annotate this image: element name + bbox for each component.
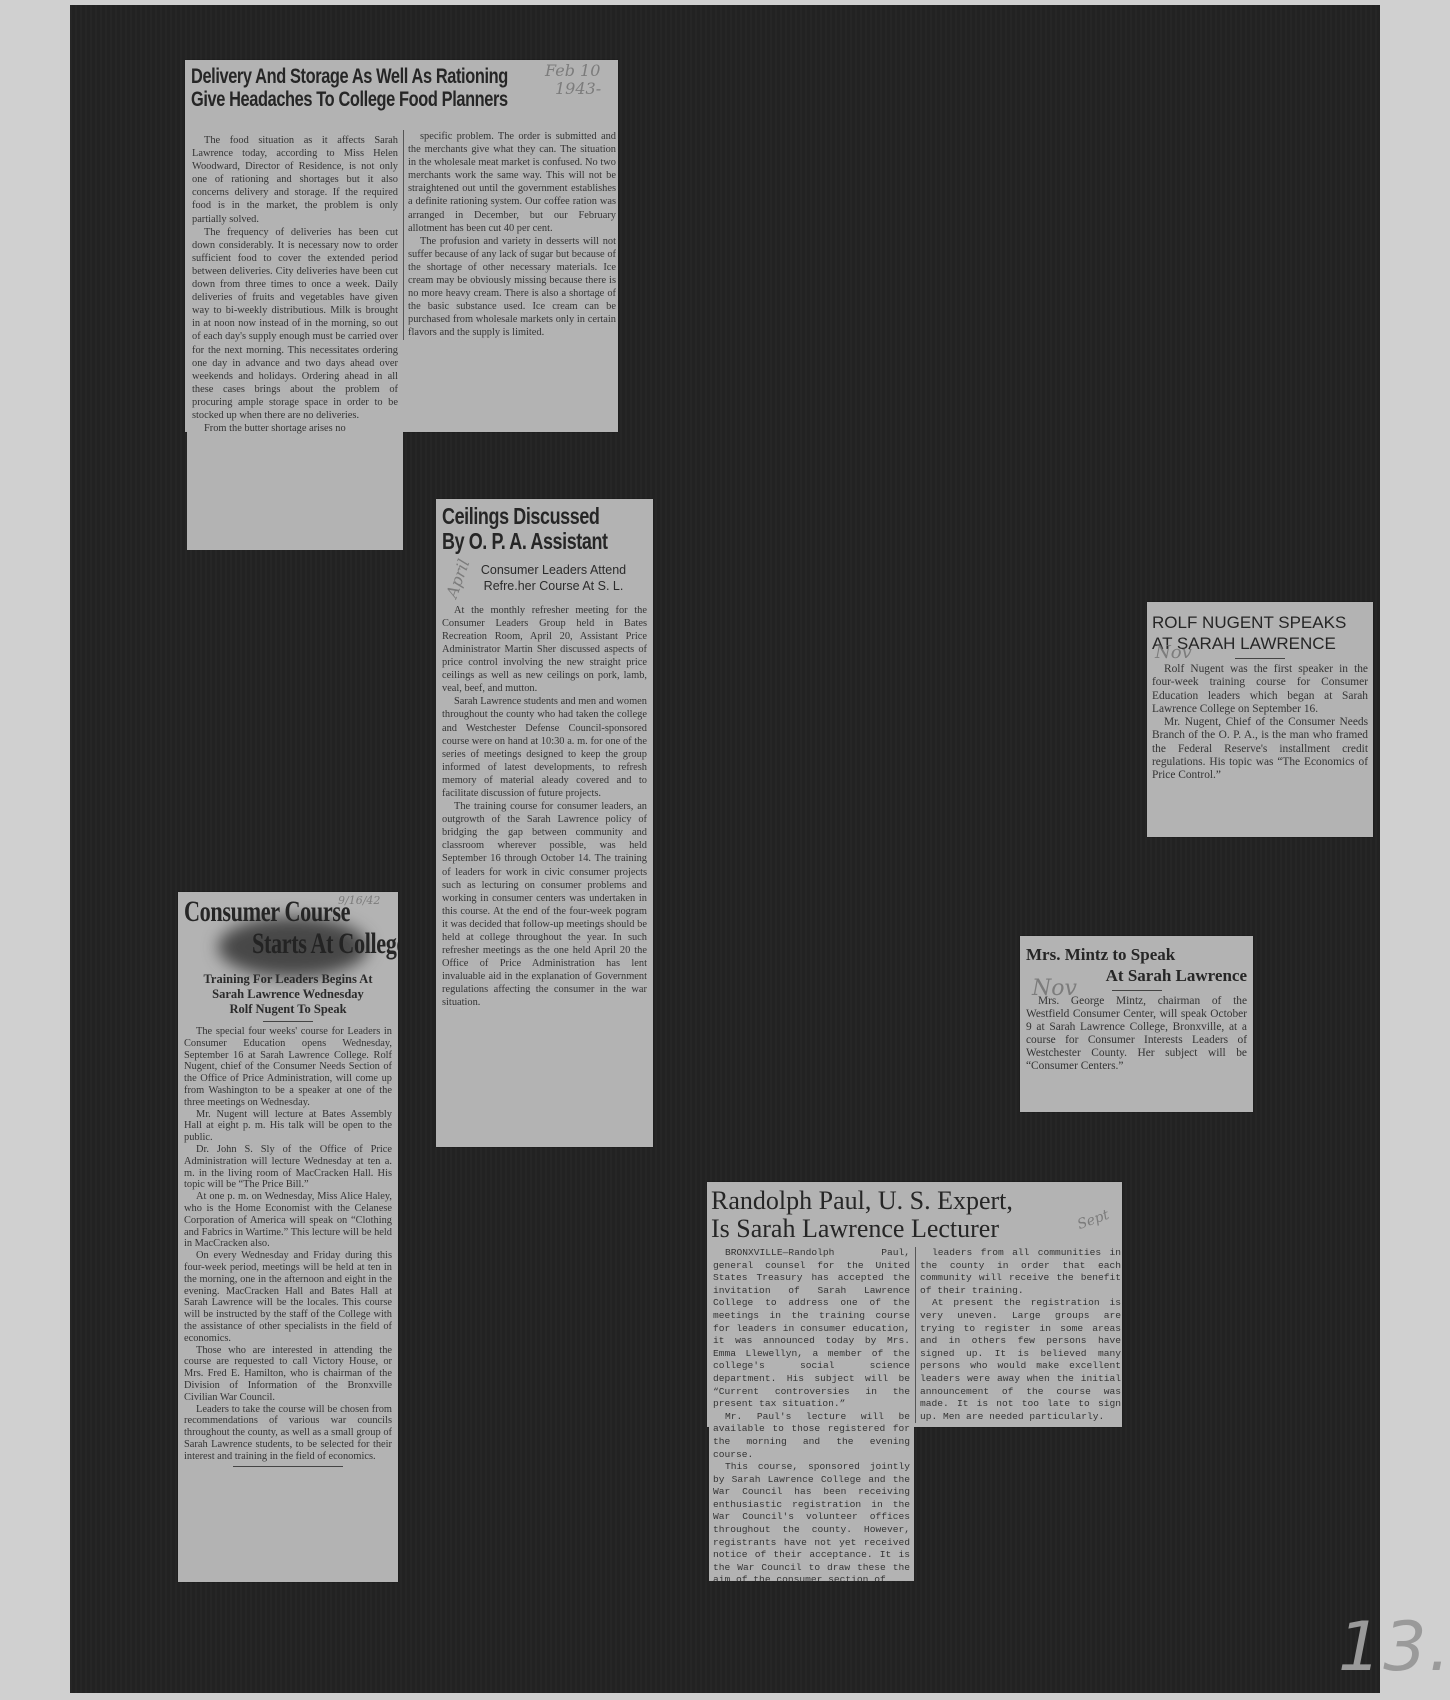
handwritten-date: Feb 10 1943-: [545, 62, 601, 98]
clipping-delivery-storage-continued: The food situation as it affects Sarah L…: [187, 132, 403, 550]
article-body: Rolf Nugent was the first speaker in the…: [1152, 663, 1368, 783]
handwritten-date: Nov: [1155, 642, 1192, 663]
clipping-consumer-course-starts: Consumer Course Starts At College 9/16/4…: [178, 892, 398, 1582]
scrapbook-page: Delivery And Storage As Well As Rationin…: [70, 5, 1380, 1693]
article-column-1: The food situation as it affects Sarah L…: [192, 134, 398, 435]
divider: [263, 1021, 313, 1022]
subheadline: Consumer Leaders Attend Refre.her Course…: [460, 562, 647, 594]
handwritten-date: Nov: [1032, 976, 1077, 1001]
handwritten-date: 9/16/42: [338, 894, 380, 907]
ink-smudge: [218, 917, 368, 977]
headline: Ceilings Discussed By O. P. A. Assistant: [442, 504, 653, 554]
clipping-randolph-paul-continued: BRONXVILLE—Randolph Paul, general counse…: [709, 1247, 914, 1581]
end-ornament: [233, 1466, 343, 1467]
page-number: 13.: [1338, 1608, 1450, 1687]
article-column-2: leaders from all communities in the coun…: [915, 1247, 1121, 1423]
article-body: At the monthly refresher meeting for the…: [442, 604, 647, 1010]
clipping-mrs-mintz: Mrs. Mintz to Speak At Sarah Lawrence No…: [1020, 936, 1253, 1112]
clipping-rolf-nugent-speaks: ROLF NUGENT SPEAKS AT SARAH LAWRENCE Nov…: [1147, 602, 1373, 837]
divider: [1112, 990, 1162, 991]
divider: [1235, 658, 1285, 659]
clipping-ceilings-discussed: Ceilings Discussed By O. P. A. Assistant…: [436, 499, 653, 1147]
article-column-1: BRONXVILLE—Randolph Paul, general counse…: [713, 1247, 910, 1581]
article-body: The special four weeks' course for Leade…: [184, 1026, 392, 1462]
subheadline: Training For Leaders Begins At Sarah Law…: [184, 972, 392, 1017]
article-body: Mrs. George Mintz, chairman of the Westf…: [1026, 995, 1247, 1073]
article-column-2: specific problem. The order is submitted…: [403, 130, 616, 340]
headline: Randolph Paul, U. S. Expert, Is Sarah La…: [711, 1187, 1118, 1243]
